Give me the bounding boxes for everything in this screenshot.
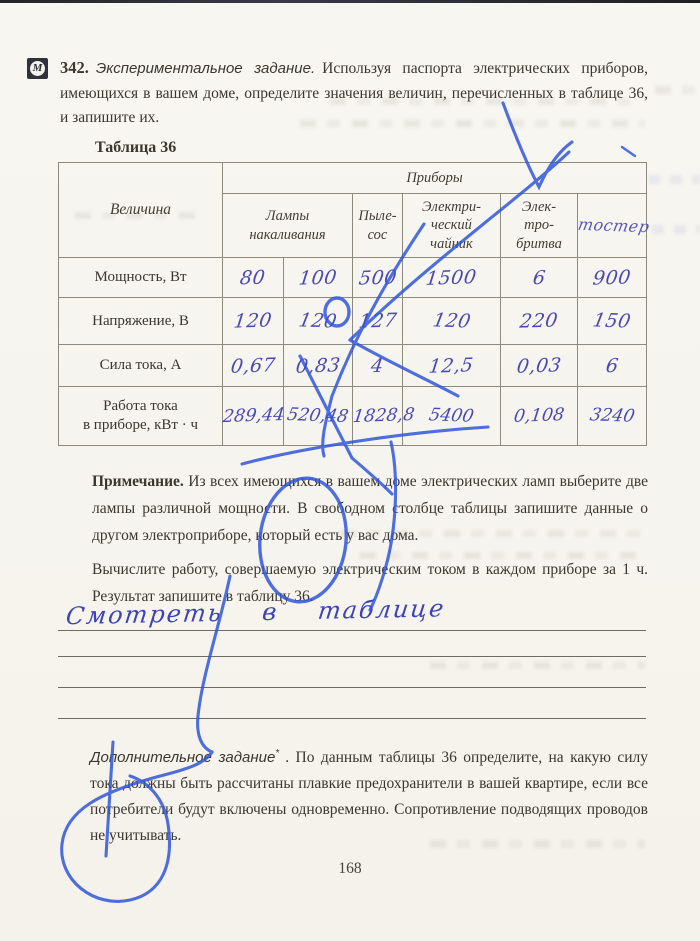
additional-lead: Дополнительное задание* (90, 749, 279, 766)
column-header-kettle: Электри- ческий чайник (403, 194, 501, 258)
handwritten-value: 3240 (588, 405, 636, 427)
column-header-lamps: Лампы накаливания (223, 194, 353, 258)
cell: 5400 (403, 387, 501, 446)
note-lead: Примечание. (92, 473, 184, 490)
bleed-through (652, 225, 700, 234)
cell: 6 (578, 345, 647, 387)
row-label-voltage: Напряжение, В (59, 298, 223, 345)
answer-line (58, 718, 646, 719)
scan-edge (0, 0, 700, 3)
cell: 6 (501, 258, 578, 298)
handwritten-value: 220 (519, 309, 560, 332)
handwritten-value: 520,48 (286, 405, 351, 427)
handwritten-value: 500 (357, 266, 398, 289)
handwritten-value: 127 (357, 309, 398, 332)
handwritten-value: 1500 (425, 266, 478, 290)
cell: 220 (501, 298, 578, 345)
cell: 0,67 (223, 345, 284, 387)
table-36: Величина Приборы Лампы накаливания Пыле-… (58, 162, 647, 446)
cell: 1500 (403, 258, 501, 298)
handwritten-value: 289,44 (222, 405, 286, 427)
handwritten-column-header: тостер (576, 214, 651, 235)
handwritten-value: 0,03 (515, 354, 562, 378)
handwritten-value: 0,67 (229, 354, 276, 378)
handwritten-value: 120 (233, 309, 274, 332)
cell: 0,83 (284, 345, 353, 387)
asterisk: * (275, 748, 279, 759)
handwritten-value: 0,83 (294, 354, 341, 378)
handwritten-value: 120 (297, 309, 339, 332)
handwritten-value: 5400 (427, 405, 475, 427)
answer-line (58, 656, 646, 657)
bleed-through (648, 175, 700, 184)
scanned-textbook-page: М 342.Экспериментальное задание.Использу… (0, 0, 700, 941)
handwritten-value: 1828,8 (352, 405, 416, 427)
column-header-vacuum: Пыле- сос (353, 194, 403, 258)
table-caption: Таблица 36 (95, 139, 176, 157)
task-paragraph: М 342.Экспериментальное задание.Использу… (60, 56, 648, 131)
cell: 120 (223, 298, 284, 345)
pen-tick (622, 147, 635, 156)
cell: 0,03 (501, 345, 578, 387)
handwritten-value: 12,5 (428, 354, 475, 378)
bleed-through (655, 86, 700, 94)
cell: 120 (403, 298, 501, 345)
page-number: 168 (0, 860, 700, 878)
handwritten-value: 150 (591, 309, 633, 332)
cell: 500 (353, 258, 403, 298)
additional-task-paragraph: Дополнительное задание*. По данным табли… (90, 741, 648, 849)
row-label-current: Сила тока, А (59, 345, 223, 387)
marked-task-icon: М (27, 58, 48, 79)
column-header-shaver: Элек- тро- бритва (501, 194, 578, 258)
cell: 289,44 (223, 387, 284, 446)
cell: 120 (284, 298, 353, 345)
bleed-through (430, 662, 645, 669)
cell: 1828,8 (353, 387, 403, 446)
handwritten-value: 6 (604, 354, 619, 376)
cell: 12,5 (403, 345, 501, 387)
cell: 3240 (578, 387, 647, 446)
handwritten-value: 4 (370, 354, 385, 376)
note-paragraph: Примечание. Из всех имеющихся в вашем до… (92, 468, 648, 549)
row-label-work: Работа тока в приборе, кВт · ч (59, 387, 223, 446)
devices-group-header: Приборы (223, 163, 647, 194)
handwritten-value: 0,108 (513, 405, 566, 427)
handwritten-value: 900 (592, 266, 633, 289)
cell: 900 (578, 258, 647, 298)
column-header-extra: тостер (578, 194, 647, 258)
cell: 127 (353, 298, 403, 345)
cell: 0,108 (501, 387, 578, 446)
answer-line (58, 630, 646, 631)
cell: 4 (353, 345, 403, 387)
marker-letter: М (30, 61, 45, 76)
row-label-power: Мощность, Вт (59, 258, 223, 298)
task-number: 342. (60, 58, 89, 77)
handwritten-value: 6 (531, 266, 546, 288)
cell: 80 (223, 258, 284, 298)
cell: 100 (284, 258, 353, 298)
handwritten-value: 80 (239, 266, 267, 289)
cell: 520,48 (284, 387, 353, 446)
quantity-header: Величина (59, 163, 223, 258)
task-lead: Экспериментальное задание. (96, 60, 315, 77)
handwritten-value: 100 (298, 266, 339, 289)
answer-line (58, 687, 646, 688)
handwritten-value: 120 (431, 309, 473, 332)
cell: 150 (578, 298, 647, 345)
